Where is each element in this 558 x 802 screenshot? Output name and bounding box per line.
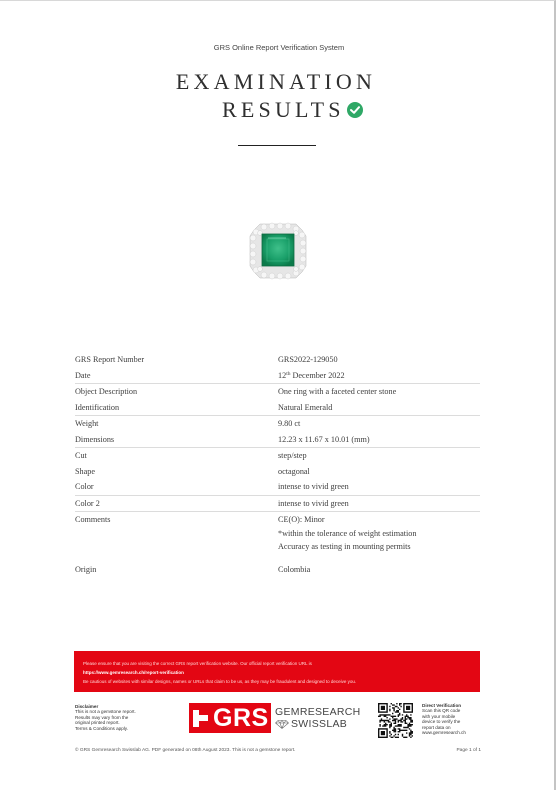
report-number-label: GRS Report Number: [75, 352, 278, 368]
weight-label: Weight: [75, 416, 278, 432]
diamond-icon: [275, 720, 289, 729]
comments-label: Comments: [75, 513, 278, 554]
qr-code[interactable]: [378, 703, 413, 738]
grs-logo-wordmark: GEMRESEARCH SWISSLAB: [275, 706, 361, 730]
grs-logo: GRS GEMRESEARCH SWISSLAB: [189, 703, 361, 733]
gemstone-ring-image: [246, 220, 310, 282]
object-description-value: One ring with a faceted center stone: [278, 384, 480, 400]
color-label: Color: [75, 479, 278, 495]
row-dimensions: Dimensions 12.23 x 11.67 x 10.01 (mm): [75, 432, 480, 449]
footer: © GRS Gemresearch Swisslab AG. PDF gener…: [75, 748, 481, 753]
direct-verification: Direct Verification Scan this QR code wi…: [422, 703, 484, 735]
color-2-value: intense to vivid green: [278, 496, 480, 512]
logo-line-2-row: SWISSLAB: [275, 718, 361, 730]
date-value: 12th December 2022: [278, 368, 480, 384]
row-comments: Comments CE(O): Minor *within the tolera…: [75, 512, 480, 554]
row-cut: Cut step/step: [75, 448, 480, 464]
color-value: intense to vivid green: [278, 479, 480, 495]
direct-verification-line: www.gemresearch.ch: [422, 730, 484, 735]
color-2-label: Color 2: [75, 496, 278, 512]
row-shape: Shape octagonal: [75, 464, 480, 480]
row-date: Date 12th December 2022: [75, 368, 480, 385]
warning-text-line: Be cautious of websites with similar des…: [83, 677, 472, 686]
comments-value: CE(O): Minor *within the tolerance of we…: [278, 513, 480, 554]
disclaimer-line: Terms & Conditions apply.: [75, 726, 170, 731]
logo-line-2: SWISSLAB: [291, 718, 347, 730]
page-title-results-text: RESULTS: [222, 97, 345, 123]
dimensions-value: 12.23 x 11.67 x 10.01 (mm): [278, 432, 480, 448]
row-origin: Origin Colombia: [75, 562, 480, 578]
date-rest: December 2022: [290, 371, 344, 380]
cut-label: Cut: [75, 448, 278, 464]
title-divider: [238, 145, 316, 146]
system-title: GRS Online Report Verification System: [0, 43, 558, 52]
check-circle-icon: [347, 102, 363, 118]
shape-label: Shape: [75, 464, 278, 480]
row-weight: Weight 9.80 ct: [75, 416, 480, 432]
row-object-description: Object Description One ring with a facet…: [75, 384, 480, 400]
origin-value: Colombia: [278, 562, 480, 578]
page-title-examination: EXAMINATION: [0, 69, 552, 95]
origin-label: Origin: [75, 562, 278, 578]
grs-logo-text: GRS: [213, 704, 269, 733]
results-table: GRS Report Number GRS2022-129050 Date 12…: [75, 352, 480, 577]
comment-line: *within the tolerance of weight estimati…: [278, 527, 480, 541]
row-color: Color intense to vivid green: [75, 479, 480, 496]
disclaimer: Disclaimer This is not a gemstone report…: [75, 704, 170, 731]
row-identification: Identification Natural Emerald: [75, 400, 480, 417]
comment-line: Accuracy as testing in mounting permits: [278, 540, 480, 554]
shape-value: octagonal: [278, 464, 480, 480]
page-title-results: RESULTS: [222, 97, 363, 123]
identification-value: Natural Emerald: [278, 400, 480, 416]
date-label: Date: [75, 368, 278, 384]
grs-logo-mark: GRS: [189, 703, 271, 733]
footer-copyright: © GRS Gemresearch Swisslab AG. PDF gener…: [75, 748, 296, 753]
object-description-label: Object Description: [75, 384, 278, 400]
verification-url-link[interactable]: https://www.gemresearch.ch/report-verifi…: [83, 668, 472, 677]
logo-line-1: GEMRESEARCH: [275, 706, 361, 718]
row-color-2: Color 2 intense to vivid green: [75, 496, 480, 513]
weight-value: 9.80 ct: [278, 416, 480, 432]
cut-value: step/step: [278, 448, 480, 464]
row-report-number: GRS Report Number GRS2022-129050: [75, 352, 480, 368]
dimensions-label: Dimensions: [75, 432, 278, 448]
warning-text-line: Please ensure that you are visiting the …: [83, 659, 472, 668]
footer-page-number: Page 1 of 1: [456, 748, 481, 753]
identification-label: Identification: [75, 400, 278, 416]
verification-warning-banner: Please ensure that you are visiting the …: [74, 651, 480, 692]
date-day: 12: [278, 371, 286, 380]
swiss-cross-icon: [193, 710, 208, 727]
comment-line: CE(O): Minor: [278, 513, 480, 527]
report-number-value: GRS2022-129050: [278, 352, 480, 368]
